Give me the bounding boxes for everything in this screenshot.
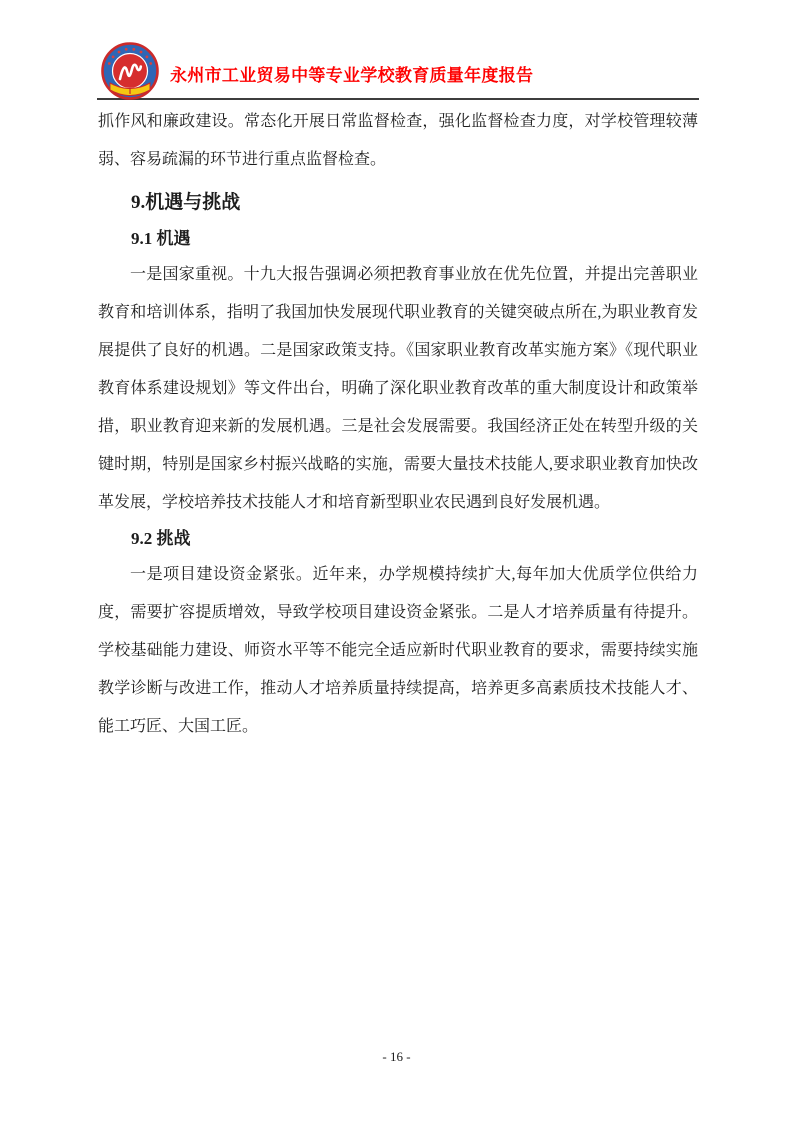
header-rule bbox=[97, 98, 699, 100]
page-footer: - 16 - bbox=[0, 1049, 793, 1065]
subsection-heading-9-1: 9.1 机遇 bbox=[131, 222, 698, 256]
subsection-heading-9-2: 9.2 挑战 bbox=[131, 522, 698, 556]
document-body: 抓作风和廉政建设。常态化开展日常监督检查，强化监督检查力度，对学校管理较薄弱、容… bbox=[98, 103, 698, 746]
paragraph-continuation: 抓作风和廉政建设。常态化开展日常监督检查，强化监督检查力度，对学校管理较薄弱、容… bbox=[98, 103, 698, 179]
section-heading-9: 9.机遇与挑战 bbox=[131, 186, 698, 220]
page-number: - 16 - bbox=[382, 1049, 410, 1064]
header-title: 永州市工业贸易中等专业学校教育质量年度报告 bbox=[170, 61, 533, 86]
school-logo-icon bbox=[99, 41, 161, 103]
document-page: 永州市工业贸易中等专业学校教育质量年度报告 抓作风和廉政建设。常态化开展日常监督… bbox=[0, 0, 793, 1122]
paragraph-challenges: 一是项目建设资金紧张。近年来，办学规模持续扩大,每年加大优质学位供给力度，需要扩… bbox=[98, 556, 698, 746]
paragraph-opportunities: 一是国家重视。十九大报告强调必须把教育事业放在优先位置，并提出完善职业教育和培训… bbox=[98, 256, 698, 522]
